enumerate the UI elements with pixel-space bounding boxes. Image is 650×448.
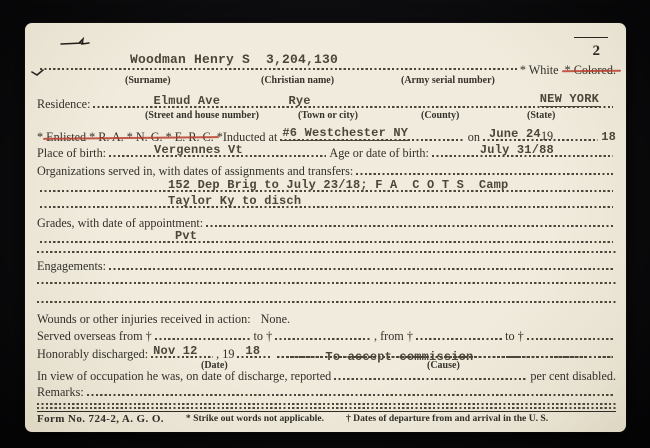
typed-discharge-cause: To accept commission [325,351,473,363]
typed-discharge-date: Nov 12 [153,345,197,357]
organizations-line1: 152 Dep Brig to July 23/18; F A C O T S … [37,178,616,195]
induction-place-rule: #6 Westchester NY [280,139,464,141]
birth-date-label: Age or date of birth: [329,147,429,160]
birth-place-rule: Vergennes Vt [109,155,326,157]
wounds-label: Wounds or other injuries received in act… [37,313,251,326]
residence-row: Residence: Elmud Ave Rye NEW YORK [37,94,616,111]
typed-name-serial: Woodman Henry S 3,204,130 [130,53,338,66]
typed-state: NEW YORK [540,93,599,107]
overseas-to1-label: to † [254,330,273,343]
grades-rule [206,225,613,227]
overseas-rule-2 [275,338,371,340]
discharge-label: Honorably discharged: [37,348,148,361]
typed-organizations-2: Taylor Ky to disch [168,195,301,207]
residence-label: Residence: [37,98,90,111]
grades-row: Grades, with date of appointment: [37,213,616,230]
typed-grade: Pvt [175,230,197,242]
remarks-label: Remarks: [37,386,84,399]
state-sublabel: (State) [527,110,555,121]
wounds-row: Wounds or other injuries received in act… [37,309,616,326]
blank-rule-3 [37,301,616,303]
remarks-rule [87,394,613,396]
footnote-dagger: † Dates of departure from and arrival in… [346,413,548,424]
birth-date-rule: July 31/88 [432,155,613,157]
typed-discharge-year: 18 [245,345,260,357]
engagements-row: Engagements: [37,256,616,273]
disability-rule [334,378,527,380]
form-number: Form No. 724-2, A. G. O. [37,413,164,425]
town-sublabel: (Town or city) [298,110,358,121]
birth-place-label: Place of birth: [37,147,106,160]
serial-number-sublabel: (Army serial number) [401,75,495,86]
discharge-date-rule: Nov 12 [151,356,213,358]
overseas-from1-label: Served overseas from † [37,330,152,343]
organizations-label: Organizations served in, with dates of a… [37,165,353,178]
remarks-row: Remarks: [37,382,616,399]
overseas-row: Served overseas from † to † , from † to … [37,326,616,343]
organizations-line2: Taylor Ky to disch [37,194,616,211]
footer-separator [37,411,616,412]
race-option-colored-struck: * Colored. [565,64,616,77]
overseas-rule-1 [155,338,251,340]
disability-row: In view of occupation he was, on date of… [37,366,616,383]
page-number-rule [574,37,608,38]
overseas-to2-label: to † [505,330,524,343]
typed-organizations-1: 152 Dep Brig to July 23/18; F A C O T S … [168,179,508,191]
name-row: Woodman Henry S 3,204,130 * White * Colo… [37,56,616,73]
wounds-value: None. [261,313,290,326]
organizations-rule [356,173,613,175]
race-option-white: * White [520,64,559,77]
footnote-strikeout: * Strike out words not applicable. [186,413,324,424]
discharge-year-rule: 18 [237,356,271,358]
birth-row: Place of birth: Vergennes Vt Age or date… [37,143,616,160]
blank-rule-1 [37,251,616,253]
name-rule: Woodman Henry S 3,204,130 [40,68,517,70]
typed-induction-year: 18 [601,131,616,143]
typed-induction-place: #6 Westchester NY [282,127,408,141]
organizations-row: Organizations served in, with dates of a… [37,161,616,178]
pen-mark-top [59,36,99,48]
residence-rule: Elmud Ave Rye NEW YORK [93,106,613,108]
service-record-card: 2 Woodman Henry S 3,204,130 * White * Co… [25,23,626,432]
grades-value-row: Pvt [37,229,616,246]
discharge-row: Honorably discharged: Nov 12 , 19 18 To … [37,344,616,361]
footer-row: Form No. 724-2, A. G. O. * Strike out wo… [37,413,616,428]
blank-rule-5 [37,407,616,409]
typed-street: Elmud Ave [153,95,220,107]
organizations-line2-rule: Taylor Ky to disch [40,206,613,208]
typed-birth-date: July 31/88 [480,144,554,156]
induction-row: * Enlisted * R. A. * N. G. * E. R. C. *I… [37,127,616,144]
blank-rule-4 [37,403,616,405]
overseas-rule-3 [416,338,502,340]
typed-town: Rye [288,95,310,107]
scanned-card-photo: 2 Woodman Henry S 3,204,130 * White * Co… [0,0,650,448]
christian-name-sublabel: (Christian name) [261,75,334,86]
induction-date-rule: 19 June 24 [483,139,598,141]
printed-year-19: 19 [541,130,553,143]
engagements-label: Engagements: [37,260,106,273]
overseas-rule-4 [527,338,613,340]
typed-induction-date: June 24 [489,128,541,140]
grades-value-rule: Pvt [40,241,613,243]
surname-sublabel: (Surname) [125,75,171,86]
engagements-rule [109,268,613,270]
blank-rule-2 [37,282,616,284]
typed-birth-place: Vergennes Vt [154,144,243,156]
organizations-line1-rule: 152 Dep Brig to July 23/18; F A C O T S … [40,190,613,192]
discharge-cause-rule: To accept commission [277,356,613,358]
overseas-from2-label: , from † [374,330,413,343]
street-sublabel: (Street and house number) [145,110,259,121]
county-sublabel: (County) [421,110,459,121]
